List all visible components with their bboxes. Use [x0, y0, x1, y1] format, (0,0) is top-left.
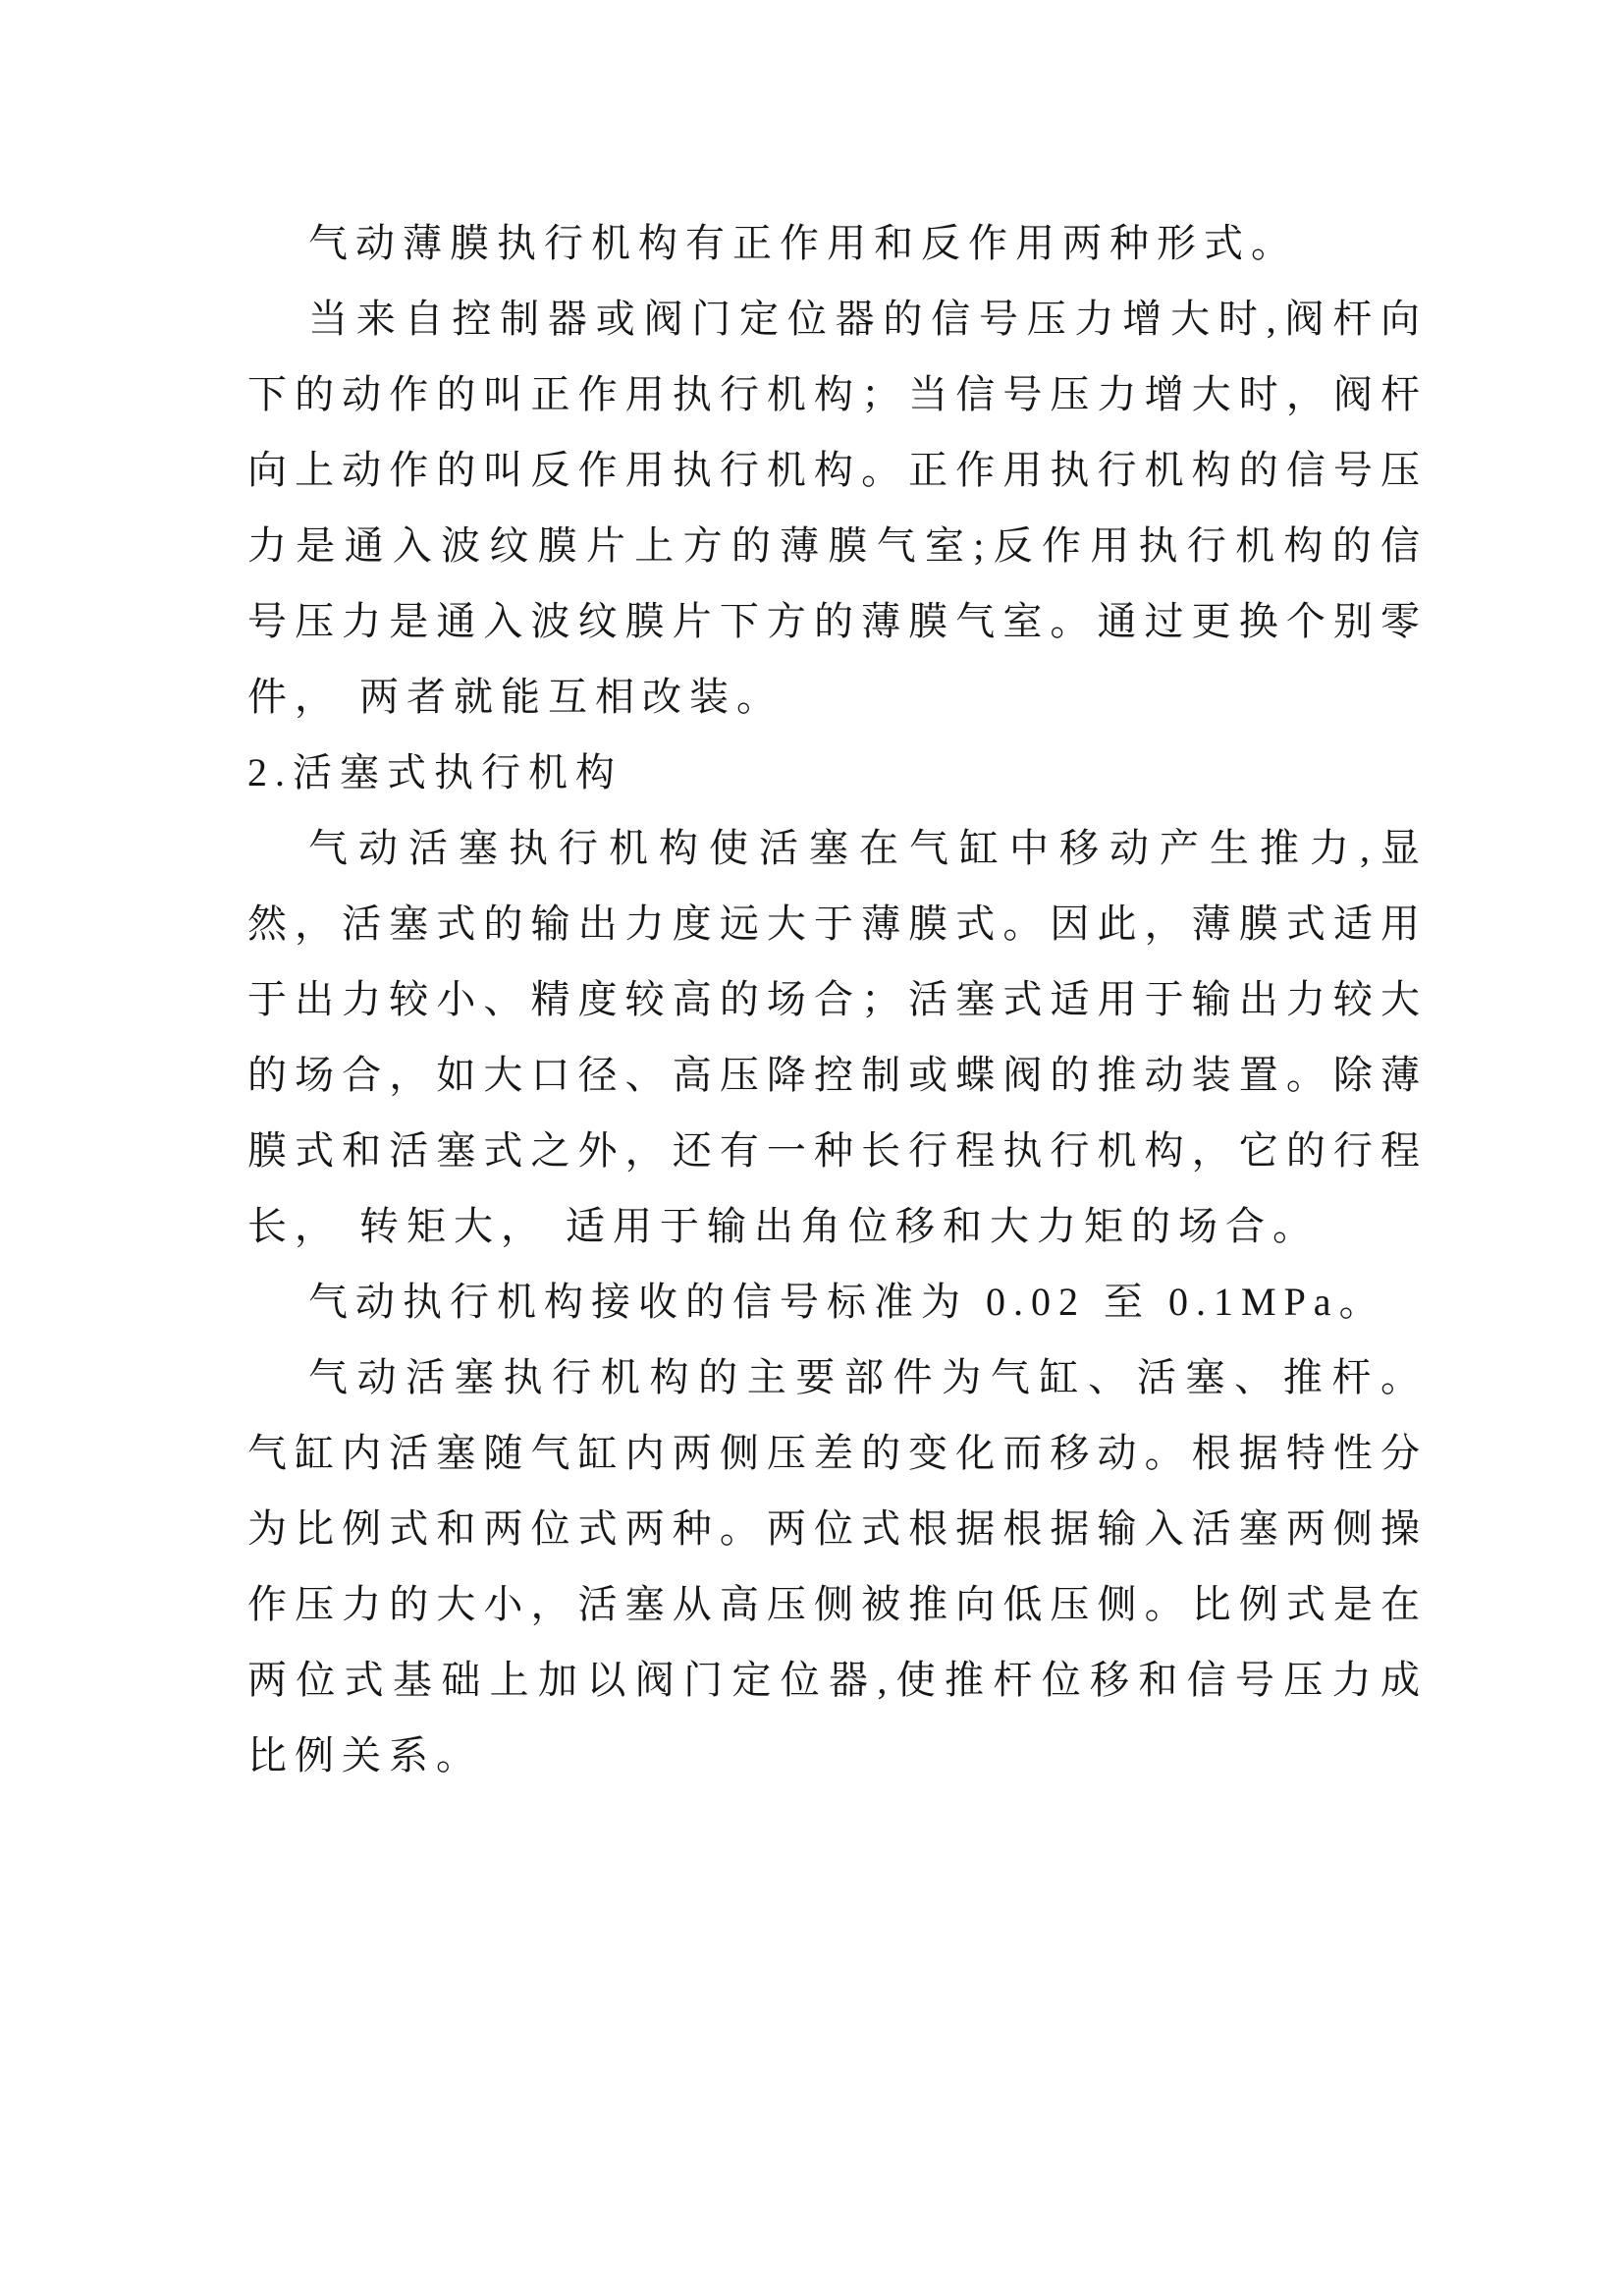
paragraph-direct-reverse-action: 当来自控制器或阀门定位器的信号压力增大时,阀杆向下的动作的叫正作用执行机构；当信…	[247, 281, 1428, 735]
paragraph-piston-components: 气动活塞执行机构的主要部件为气缸、活塞、推杆。气缸内活塞随气缸内两侧压差的变化而…	[247, 1339, 1428, 1793]
paragraph-piston-vs-diaphragm: 气动活塞执行机构使活塞在气缸中移动产生推力,显然，活塞式的输出力度远大于薄膜式。…	[247, 810, 1428, 1264]
paragraph-signal-standard: 气动执行机构接收的信号标准为 0.02 至 0.1MPa。	[247, 1264, 1428, 1339]
paragraph-diaphragm-forms: 气动薄膜执行机构有正作用和反作用两种形式。	[247, 205, 1428, 281]
document-page: 气动薄膜执行机构有正作用和反作用两种形式。 当来自控制器或阀门定位器的信号压力增…	[0, 0, 1623, 2296]
text-column: 气动薄膜执行机构有正作用和反作用两种形式。 当来自控制器或阀门定位器的信号压力增…	[247, 205, 1428, 1793]
section-heading-piston-actuator: 2.活塞式执行机构	[247, 735, 1428, 810]
